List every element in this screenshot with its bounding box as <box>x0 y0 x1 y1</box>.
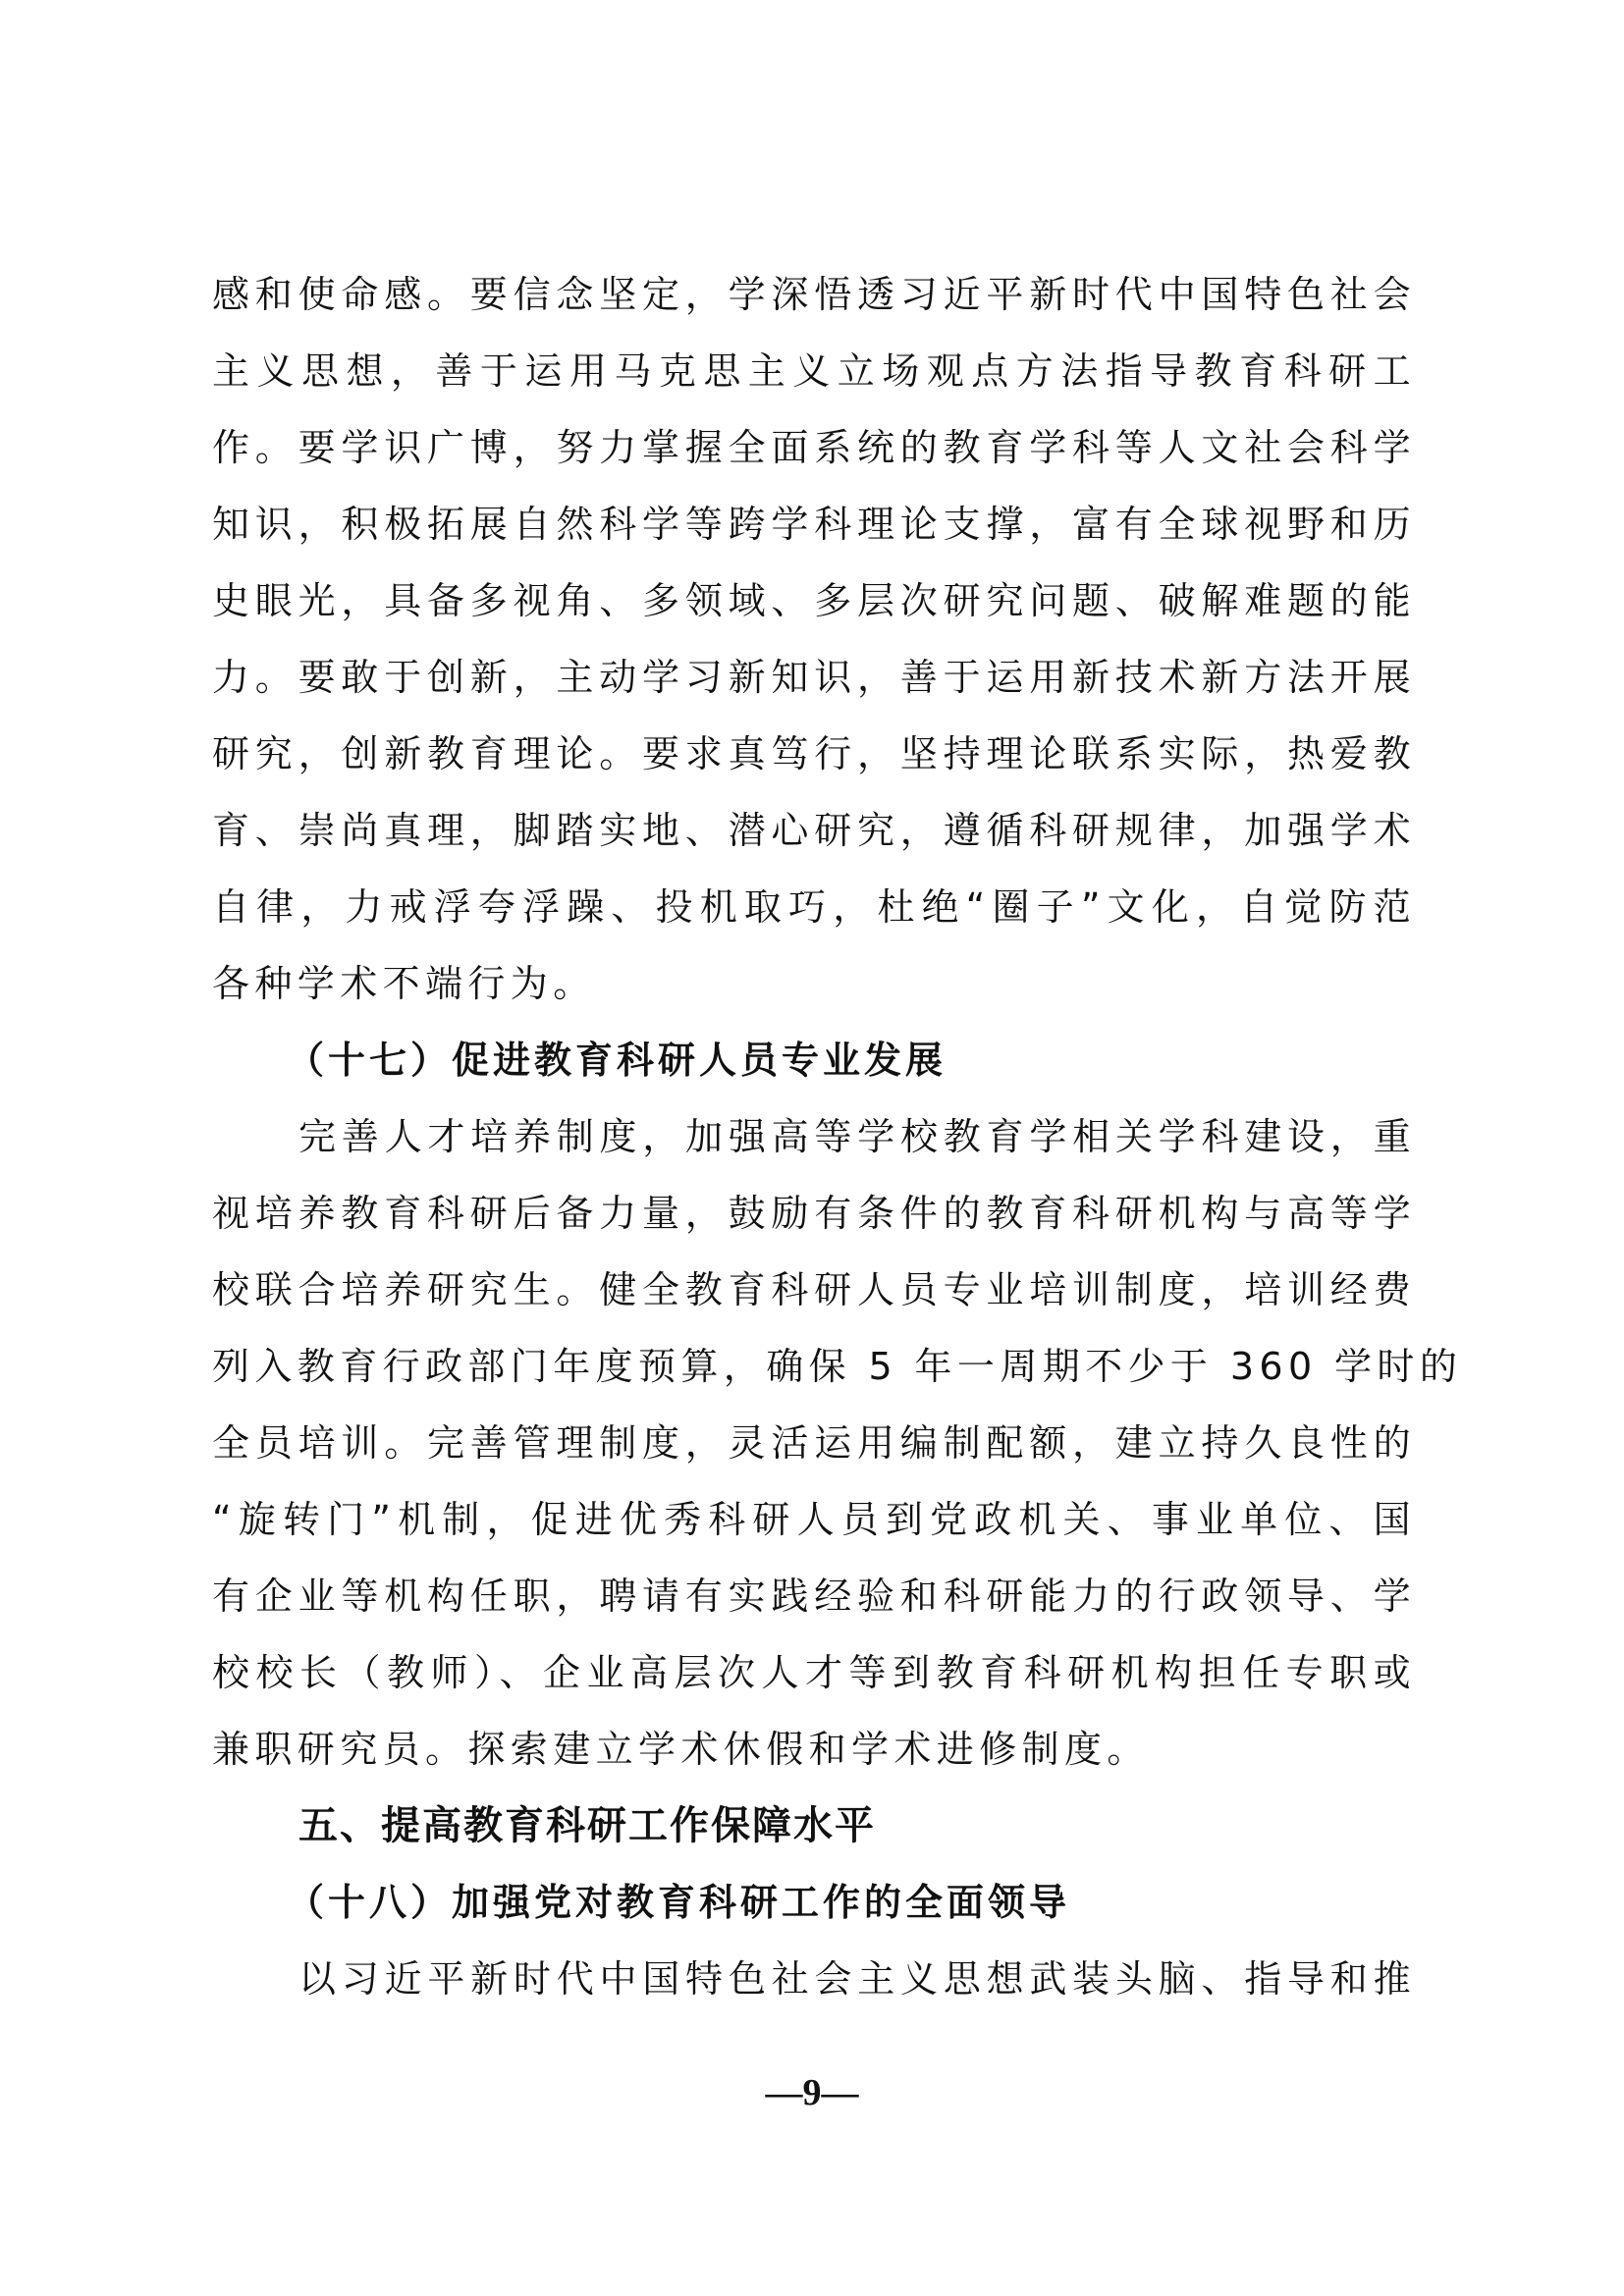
paragraph-continuation: 感和使命感。要信念坚定，学深悟透习近平新时代中国特色社会 主义思想，善于运用马克… <box>212 256 1416 1022</box>
text-line: 视培养教育科研后备力量，鼓励有条件的教育科研机构与高等学 <box>212 1175 1416 1252</box>
text-line: 完善人才培养制度，加强高等学校教育学相关学科建设，重 <box>212 1098 1416 1175</box>
text-line: 育、崇尚真理，脚踏实地、潜心研究，遵循科研规律，加强学术 <box>212 792 1416 869</box>
text-line: 有企业等机构任职，聘请有实践经验和科研能力的行政领导、学 <box>212 1558 1416 1634</box>
paragraph-party-leadership: 以习近平新时代中国特色社会主义思想武装头脑、指导和推 <box>212 1941 1416 2017</box>
document-page: 感和使命感。要信念坚定，学深悟透习近平新时代中国特色社会 主义思想，善于运用马克… <box>0 0 1624 2296</box>
text-line: 研究，创新教育理论。要求真笃行，坚持理论联系实际，热爱教 <box>212 716 1416 792</box>
text-line: 校联合培养研究生。健全教育科研人员专业培训制度，培训经费 <box>212 1252 1416 1328</box>
text-line: 知识，积极拓展自然科学等跨学科理论支撑，富有全球视野和历 <box>212 486 1416 562</box>
text-line: 列入教育行政部门年度预算，确保 5 年一周期不少于 360 学时的 <box>212 1328 1416 1405</box>
text-line: 全员培训。完善管理制度，灵活运用编制配额，建立持久良性的 <box>212 1405 1416 1481</box>
page-number: —9— <box>0 2071 1624 2114</box>
section-heading-5: 五、提高教育科研工作保障水平 <box>212 1788 1416 1864</box>
text-line: 自律，力戒浮夸浮躁、投机取巧，杜绝“圈子”文化，自觉防范 <box>212 869 1416 945</box>
text-line: 兼职研究员。探索建立学术休假和学术进修制度。 <box>212 1711 1416 1788</box>
text-line: 各种学术不端行为。 <box>212 945 1416 1022</box>
text-line: 感和使命感。要信念坚定，学深悟透习近平新时代中国特色社会 <box>212 256 1416 333</box>
paragraph-professional-development: 完善人才培养制度，加强高等学校教育学相关学科建设，重 视培养教育科研后备力量，鼓… <box>212 1098 1416 1788</box>
text-line: “旋转门”机制，促进优秀科研人员到党政机关、事业单位、国 <box>212 1481 1416 1558</box>
text-line: 作。要学识广博，努力掌握全面系统的教育学科等人文社会科学 <box>212 409 1416 486</box>
text-line: 主义思想，善于运用马克思主义立场观点方法指导教育科研工 <box>212 333 1416 409</box>
text-line: 以习近平新时代中国特色社会主义思想武装头脑、指导和推 <box>212 1941 1416 2017</box>
text-line: 力。要敢于创新，主动学习新知识，善于运用新技术新方法开展 <box>212 639 1416 716</box>
subheading-18: （十八）加强党对教育科研工作的全面领导 <box>212 1864 1416 1941</box>
page-body: 感和使命感。要信念坚定，学深悟透习近平新时代中国特色社会 主义思想，善于运用马克… <box>212 256 1416 2017</box>
subheading-17: （十七）促进教育科研人员专业发展 <box>212 1022 1416 1098</box>
text-line: 校校长（教师）、企业高层次人才等到教育科研机构担任专职或 <box>212 1634 1416 1711</box>
text-line: 史眼光，具备多视角、多领域、多层次研究问题、破解难题的能 <box>212 562 1416 639</box>
